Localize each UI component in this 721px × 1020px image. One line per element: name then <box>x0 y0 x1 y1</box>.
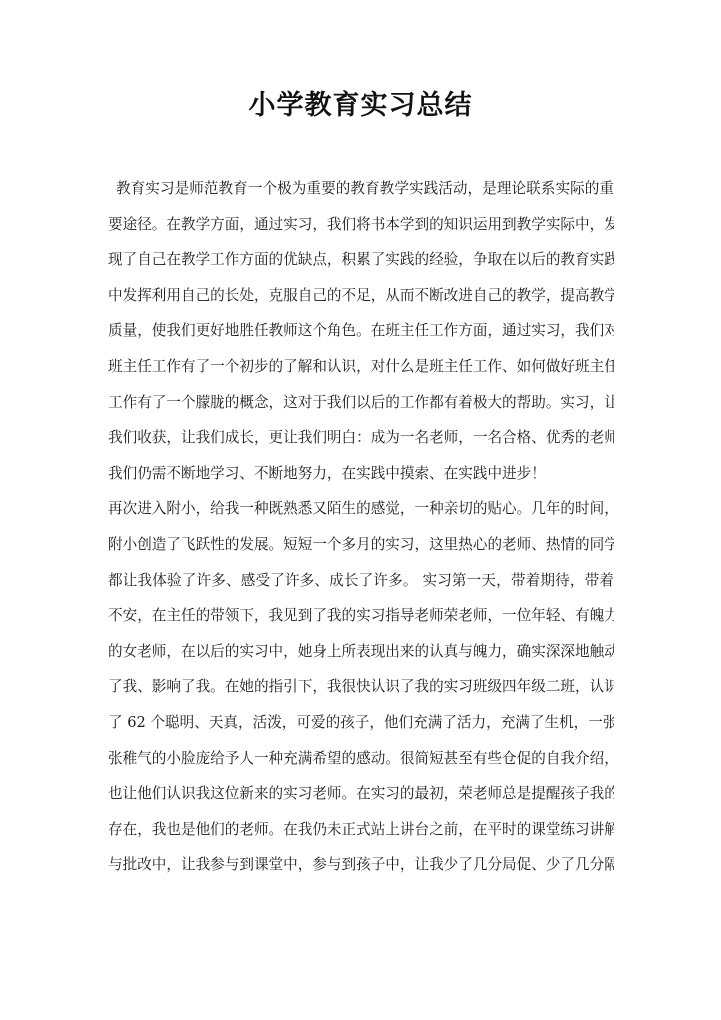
paragraph-line: 了我、影响了我。在她的指引下，我很快认识了我的实习班级四年级二班，认识 <box>108 669 614 705</box>
paragraph-line: 了 62 个聪明、天真，活泼，可爱的孩子，他们充满了活力，充满了生机，一张 <box>108 705 614 741</box>
paragraph-line: 与批改中，让我参与到课堂中，参与到孩子中，让我少了几分局促、少了几分隔 <box>108 847 614 883</box>
document-page: 小学教育实习总结 教育实习是师范教育一个极为重要的教育教学实践活动，是理论联系实… <box>0 0 721 1020</box>
paragraph-line: 再次进入附小，给我一种既熟悉又陌生的感觉，一种亲切的贴心。几年的时间， <box>108 491 614 527</box>
paragraph-line: 也让他们认识我这位新来的实习老师。在实习的最初，荣老师总是提醒孩子我的 <box>108 776 614 812</box>
paragraph-line: 我们收获，让我们成长，更让我们明白：成为一名老师，一名合格、优秀的老师， <box>108 420 614 456</box>
paragraph-line: 不安，在主任的带领下，我见到了我的实习指导老师荣老师，一位年轻、有魄力 <box>108 598 614 634</box>
paragraph-line: 张稚气的小脸庞给予人一种充满希望的感动。很简短甚至有些仓促的自我介绍， <box>108 741 614 777</box>
paragraph-line: 要途径。在教学方面，通过实习，我们将书本学到的知识运用到教学实际中，发 <box>108 207 614 243</box>
paragraph-line: 教育实习是师范教育一个极为重要的教育教学实践活动，是理论联系实际的重 <box>108 171 614 207</box>
paragraph-line: 存在，我也是他们的老师。在我仍未正式站上讲台之前，在平时的课堂练习讲解 <box>108 812 614 848</box>
paragraph-line: 附小创造了飞跃性的发展。短短一个多月的实习，这里热心的老师、热情的同学， <box>108 527 614 563</box>
paragraph-line: 现了自己在教学工作方面的优缺点，积累了实践的经验，争取在以后的教育实践 <box>108 242 614 278</box>
document-body: 教育实习是师范教育一个极为重要的教育教学实践活动，是理论联系实际的重要途径。在教… <box>108 171 614 883</box>
paragraph-line: 的女老师，在以后的实习中，她身上所表现出来的认真与魄力，确实深深地触动 <box>108 634 614 670</box>
document-title: 小学教育实习总结 <box>0 86 721 126</box>
paragraph-line: 工作有了一个朦胧的概念，这对于我们以后的工作都有着极大的帮助。实习，让 <box>108 385 614 421</box>
paragraph-line: 我们仍需不断地学习、不断地努力，在实践中摸索、在实践中进步！ <box>108 456 614 492</box>
paragraph-line: 质量，使我们更好地胜任教师这个角色。在班主任工作方面，通过实习，我们对 <box>108 313 614 349</box>
paragraph-line: 班主任工作有了一个初步的了解和认识，对什么是班主任工作、如何做好班主任 <box>108 349 614 385</box>
paragraph-line: 都让我体验了许多、感受了许多、成长了许多。 实习第一天，带着期待，带着 <box>108 563 614 599</box>
paragraph-line: 中发挥利用自己的长处，克服自己的不足，从而不断改进自己的教学，提高教学 <box>108 278 614 314</box>
